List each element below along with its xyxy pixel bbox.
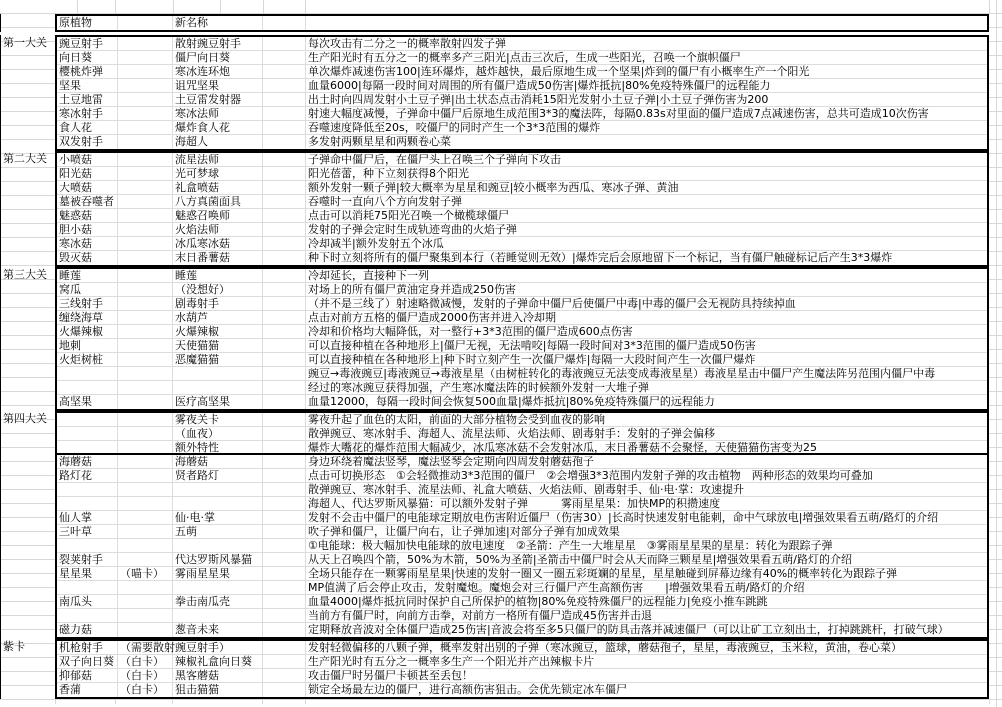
cell-new-name[interactable] [173,641,263,654]
cell-new-name[interactable]: 礼盒喷菇 [173,181,263,194]
cell-original-plant[interactable]: 仙人掌 [57,511,118,524]
cell-original-plant[interactable] [57,427,118,440]
cell-description[interactable]: 可以直接种植在各种地形上|僵尸无视，无法啃咬|每隔一段时间对3*3范围的僵尸造成… [306,339,987,352]
cell-new-name[interactable]: 拳击南瓜壳 [173,595,263,608]
cell-note[interactable] [118,455,173,468]
cell-description[interactable]: 攻击僵尸时另僵尸卡顿甚至丢包！ [306,669,987,682]
cell-description[interactable]: 吞噬时一直向八个方向发射子弹 [306,195,987,208]
cell-new-name[interactable] [173,367,263,380]
cell-new-name[interactable]: 雾雨星星果 [173,567,263,580]
cell-new-name[interactable]: 水葫芦 [173,311,263,324]
table-row: 散弹豌豆、寒冰射手、流星法师、礼盒大喷菇、火焰法师、剧毒射手、仙·电·掌：攻速提… [57,483,987,497]
table-row: 裂荚射手代达罗斯风暴猫从天上召唤四个箭，50%为木箭，50%为圣箭|圣箭击中僵尸… [57,553,987,567]
cell-description[interactable]: 锁定全场最左边的僵尸，进行高额伤害狙击。会优先锁定冰车僵尸 [306,683,987,697]
cell-spacer[interactable] [263,153,306,166]
cell-original-plant[interactable]: 缠绕海草 [57,311,118,324]
cell-new-name[interactable]: （没想好） [173,283,263,296]
cell-new-name[interactable]: 火爆辣椒 [173,325,263,338]
cell-new-name[interactable]: 火焰法师 [173,223,263,236]
cell-original-plant[interactable]: 星星果 [57,567,118,580]
cell-note[interactable] [118,37,173,50]
cell-original-plant[interactable]: 小喷菇 [57,153,118,166]
cell-new-name[interactable]: 冰瓜寒冰菇 [173,237,263,250]
cell-note[interactable] [118,153,173,166]
cell-spacer[interactable] [263,251,306,265]
cell-spacer[interactable] [263,65,306,78]
cell-description[interactable]: 经过的寒冰豌豆获得加强，产生寒冰魔法阵的时候额外发射一大堆子弹 [306,381,987,394]
cell-original-plant[interactable]: 磁力菇 [57,623,118,637]
cell-description[interactable]: 多发射两颗星星和两颗卷心菜 [306,135,987,149]
cell-note[interactable] [118,93,173,106]
table-row: 地刺天使猫猫可以直接种植在各种地形上|僵尸无视，无法啃咬|每隔一段时间对3*3范… [57,339,987,353]
cell-original-plant[interactable]: 魅惑菇 [57,209,118,222]
cell-new-name[interactable]: 土豆雷发射器 [173,93,263,106]
table-row: 香蒲（白卡）狙击猫猫锁定全场最左边的僵尸，进行高额伤害狙击。会优先锁定冰车僵尸 [57,683,987,697]
cell-note[interactable] [118,283,173,296]
cell-description[interactable]: 对场上的所有僵尸黄油定身并造成250伤害 [306,283,987,296]
gridline [115,0,116,14]
cell-original-plant[interactable]: 海蘑菇 [57,455,118,468]
cell-note[interactable]: （白卡） [118,669,173,682]
gridline [996,0,997,707]
table-row: 火爆辣椒火爆辣椒冷却和价格均大幅降低，对一整行+3*3范围的僵尸造成600点伤害 [57,325,987,339]
cell-new-name[interactable]: 八方真菌面具 [173,195,263,208]
table-row: MP值满了后会停止攻击，发射魔炮。魔炮会对三行僵尸产生高额伤害 |增强效果看五萌… [57,581,987,595]
cell-spacer[interactable] [263,339,306,352]
cell-description[interactable]: 出土时向四周发射小土豆子弹|出土状态点击消耗15阳光发射小土豆子弹|小土豆子弹伤… [306,93,987,106]
gridline [220,0,221,14]
cell-note[interactable] [118,441,173,453]
table-row: 额外特性爆炸大嘴花的爆炸范围大幅减少，冰瓜寒冰菇不会发射冰瓜，末日番薯菇不会聚怪… [57,441,987,455]
cell-spacer[interactable] [263,539,306,552]
cell-note[interactable]: （白卡） [118,655,173,668]
cell-original-plant[interactable]: 阳光菇 [57,167,118,180]
cell-new-name[interactable]: 贤者路灯 [173,469,263,482]
cell-new-name[interactable]: 末日番薯菇 [173,251,263,265]
cell-description[interactable]: 从天上召唤四个箭，50%为木箭，50%为圣箭|圣箭击中僵尸时会从天而降三颗星星|… [306,553,987,566]
cell-new-name[interactable]: 狙击猫猫 [173,683,263,697]
cell-note[interactable] [118,483,173,496]
table-row: 窝瓜（没想好）对场上的所有僵尸黄油定身并造成250伤害 [57,283,987,297]
gridline [989,0,990,14]
cell-description[interactable]: ①电能球：极大幅加快电能球的放电速度 ②圣箭：产生一大堆星星 ③雾雨星星果的星星… [306,539,987,552]
cell-description[interactable]: 雾夜升起了血色的太阳，前面的大部分植物会受到血夜的影响 [306,413,987,426]
cell-spacer[interactable] [263,623,306,637]
table-row: 三线射手剧毒射手（并不是三线了）射速略微减慢，发射的子弹命中僵尸后使僵尸中毒|中… [57,297,987,311]
table-row: 海超人、代达罗斯风暴猫：可以额外发射子弹 雾雨星星果：加快MP的积攒速度 [57,497,987,511]
cell-note[interactable] [118,581,173,594]
cell-description[interactable]: 血量4000|爆炸抵抗同时保护自己所保护的植物|80%免疫特殊僵尸的远程能力|免… [306,595,987,608]
cell-new-name[interactable]: 寒冰连环炮 [173,65,263,78]
cell-original-plant[interactable] [57,413,118,426]
cell-description[interactable]: 射速大幅度减慢，子弹命中僵尸后原地生成范围3*3的魔法阵，每隔0.83s对里面的… [306,107,987,120]
table-row: 三叶草五萌吹子弹和僵尸，让僵尸向右，让子弹加速|对部分子弹有加成效果 [57,525,987,539]
cell-spacer[interactable] [263,107,306,120]
gridline [173,0,174,14]
cell-original-plant[interactable]: 高坚果 [57,395,118,409]
cell-original-plant[interactable]: 土豆地雷 [57,93,118,106]
cell-original-plant[interactable] [57,539,118,552]
cell-original-plant[interactable]: 地刺 [57,339,118,352]
cell-note[interactable] [118,297,173,310]
cell-note[interactable] [118,469,173,482]
cell-original-plant[interactable] [57,581,118,594]
cell-spacer[interactable] [263,497,306,510]
cell-spacer[interactable] [263,37,306,50]
cell-new-name[interactable]: 散射豌豆射手 [173,37,263,50]
cell-spacer[interactable] [263,483,306,496]
cell-note[interactable] [118,623,173,637]
table-row: 雾夜关卡雾夜升起了血色的太阳，前面的大部分植物会受到血夜的影响 [57,413,987,427]
table-row: 向日葵僵尸向日葵生产阳光时有五分之一的概率多产三阳光|点击三次后，生成一些阳光，… [57,51,987,65]
section-5: 紫卡机枪射手（需要散射豌豆射手）发射轻微偏移的八颗子弹，概率发射出别的子弹（寒冰… [0,639,1002,699]
cell-new-name[interactable]: 寒冰法师 [173,107,263,120]
cell-original-plant[interactable]: 豌豆射手 [57,37,118,50]
cell-note[interactable]: （需要散射豌豆射手） [118,641,173,654]
cell-spacer[interactable] [263,455,306,468]
cell-spacer[interactable] [263,669,306,682]
cell-spacer[interactable] [263,283,306,296]
cell-description[interactable]: 阳光蓓蕾，种下立刻获得8个阳光 [306,167,987,180]
section-rail: 紫卡 [0,639,55,699]
cell-new-name[interactable]: （血夜） [173,427,263,440]
cell-new-name[interactable]: 流星法师 [173,153,263,166]
section-rail: 第二大关 [0,151,55,267]
table-row: 坚果诅咒坚果血量6000|每隔一段时间对周围的所有僵尸造成50伤害|爆炸抵抗|8… [57,79,987,93]
table-row: （血夜）散弹豌豆、寒冰射手、海超人、流星法师、火焰法师、剧毒射手：发射的子弹会偏… [57,427,987,441]
cell-new-name[interactable]: 海蘑菇 [173,455,263,468]
cell-new-name[interactable] [173,497,263,510]
cell-spacer[interactable] [263,297,306,310]
cell-note[interactable] [118,325,173,338]
cell-original-plant[interactable] [57,441,118,453]
table-row: 机枪射手（需要散射豌豆射手）发射轻微偏移的八颗子弹，概率发射出别的子弹（寒冰豌豆… [57,641,987,655]
table-row: 墓被吞噬者八方真菌面具吞噬时一直向八个方向发射子弹 [57,195,987,209]
cell-description[interactable]: MP值满了后会停止攻击，发射魔炮。魔炮会对三行僵尸产生高额伤害 |增强效果看五萌… [306,581,987,594]
cell-new-name[interactable]: 五萌 [173,525,263,538]
cell-description[interactable]: 冷却减半|额外发射五个冰瓜 [306,237,987,250]
top-empty-row [0,0,1002,14]
cell-spacer[interactable] [263,325,306,338]
cell-note[interactable] [118,595,173,608]
table-row: 星星果（喵卡）雾雨星星果全场只能存在一颗雾雨星星果|快速的发射一圈又一圈五彩斑斓… [57,567,987,581]
cell-new-name[interactable] [173,539,263,552]
cell-note[interactable] [118,525,173,538]
cell-description[interactable]: 每次攻击有二分之一的概率散射四发子弹 [306,37,987,50]
gridline [305,699,306,704]
cell-description[interactable]: 海超人、代达罗斯风暴猫：可以额外发射子弹 雾雨星星果：加快MP的积攒速度 [306,497,987,510]
cell-new-name[interactable] [173,483,263,496]
cell-description[interactable]: 发射轻微偏移的八颗子弹，概率发射出别的子弹（寒冰豌豆，篮球，蘑菇孢子，星星，毒液… [306,641,987,654]
cell-spacer[interactable] [263,353,306,366]
cell-new-name[interactable]: 辣椒礼盒向日葵 [173,655,263,668]
cell-note[interactable] [118,251,173,265]
cell-description[interactable]: 额外发射一颗子弹|较大概率为星星和豌豆|较小概率为西瓜、寒冰子弹、黄油 [306,181,987,194]
cell-original-plant[interactable]: 南瓜头 [57,595,118,608]
cell-new-name[interactable]: 剧毒射手 [173,297,263,310]
table-row: 魅惑菇魅惑召唤师点击可以消耗75阳光召唤一个橄榄球僵尸 [57,209,987,223]
cell-description[interactable]: 定期释放音波对全体僵尸造成25伤害|音波会将至多5只僵尸的防具击落并减速僵尸（可… [306,623,987,637]
table-row: 路灯花贤者路灯点击可切换形态 ①会轻微推动3*3范围的僵尸 ②会增强3*3范围内… [57,469,987,483]
cell-new-name[interactable]: 葱音未来 [173,623,263,637]
cell-spacer[interactable] [263,553,306,566]
cell-note[interactable] [118,51,173,64]
section-label: 第二大关 [1,151,55,165]
cell-spacer[interactable] [263,427,306,440]
cell-note[interactable]: （白卡） [118,683,173,697]
cell-spacer[interactable] [263,511,306,524]
cell-description[interactable]: 血量6000|每隔一段时间对周围的所有僵尸造成50伤害|爆炸抵抗|80%免疫特殊… [306,79,987,92]
cell-original-plant[interactable]: 胆小菇 [57,223,118,236]
cell-note[interactable] [118,553,173,566]
cell-note[interactable] [118,353,173,366]
cell-description[interactable]: 子弹命中僵尸后，在僵尸头上召唤三个子弹向下攻击 [306,153,987,166]
cell-description[interactable]: 豌豆→毒液豌豆|毒液豌豆→毒液星星（由树桩转化的毒液豌豆无法变成毒液星星）毒液星… [306,367,987,380]
cell-description[interactable]: 生产阳光时有五分之一的概率多产三阳光|点击三次后，生成一些阳光，召唤一个旗帜僵尸 [306,51,987,64]
header-rail [0,14,55,32]
spreadsheet: 原植物 新名称 第一大关豌豆射手散射豌豆射手每次攻击有二分之一的概率散射四发子弹… [0,0,1002,707]
cell-note[interactable] [118,511,173,524]
cell-original-plant[interactable]: 裂荚射手 [57,553,118,566]
cell-note[interactable] [118,609,173,622]
cell-original-plant[interactable] [57,381,118,394]
table-row: 樱桃炸弹寒冰连环炮单次爆炸减速伤害100|连环爆炸，越炸越快，最后原地生成一个坚… [57,65,987,79]
section-label: 第一大关 [1,35,55,49]
cell-spacer[interactable] [263,595,306,608]
column-header-empty[interactable] [263,16,306,30]
cell-spacer[interactable] [263,395,306,409]
cell-description[interactable]: 爆炸大嘴花的爆炸范围大幅减少，冰瓜寒冰菇不会发射冰瓜，末日番薯菇不会聚怪，天使猫… [306,441,987,453]
cell-description[interactable]: 可以直接种植在各种地形上|种下时立刻产生一次僵尸爆炸|每隔一大段时间产生一次僵尸… [306,353,987,366]
cell-description[interactable]: 发射不会击中僵尸的电能球定期放电伤害附近僵尸（伤害30）|长高时快速发射电能刺，… [306,511,987,524]
cell-description[interactable]: 身边环绕着魔法竖琴，魔法竖琴会定期向四周发射蘑菇孢子 [306,455,987,468]
cell-spacer[interactable] [263,51,306,64]
section-box: 小喷菇流星法师子弹命中僵尸后，在僵尸头上召唤三个子弹向下攻击阳光菇光可梦球阳光蓓… [55,151,989,267]
gridline [77,0,78,14]
cell-new-name[interactable] [173,609,263,622]
cell-note[interactable] [118,223,173,236]
section-label: 紫卡 [1,639,55,653]
cell-spacer[interactable] [263,181,306,194]
cell-description[interactable]: 吹子弹和僵尸，让僵尸向右，让子弹加速|对部分子弹有加成效果 [306,525,987,538]
cell-note[interactable]: （喵卡） [118,567,173,580]
column-header-original-plant[interactable]: 原植物 [57,16,118,30]
cell-spacer[interactable] [263,311,306,324]
gridline [263,0,264,14]
cell-new-name[interactable]: 代达罗斯风暴猫 [173,553,263,566]
cell-new-name[interactable]: 海超人 [173,135,263,149]
table-row: 缠绕海草水葫芦点击对前方五格的僵尸造成2000伤害并进入冷却期 [57,311,987,325]
cell-description[interactable]: 点击可切换形态 ①会轻微推动3*3范围的僵尸 ②会增强3*3范围内发射子弹的攻击… [306,469,987,482]
cell-original-plant[interactable]: 抑郁菇 [57,669,118,682]
cell-spacer[interactable] [263,655,306,668]
cell-original-plant[interactable] [57,483,118,496]
cell-original-plant[interactable]: 窝瓜 [57,283,118,296]
cell-original-plant[interactable]: 坚果 [57,79,118,92]
cell-new-name[interactable] [173,581,263,594]
table-row: 火炬树桩恶魔猫猫可以直接种植在各种地形上|种下时立刻产生一次僵尸爆炸|每隔一大段… [57,353,987,367]
cell-spacer[interactable] [263,237,306,250]
cell-note[interactable] [118,413,173,426]
table-row: 小喷菇流星法师子弹命中僵尸后，在僵尸头上召唤三个子弹向下攻击 [57,153,987,167]
cell-description[interactable]: 散弹豌豆、寒冰射手、流星法师、礼盒大喷菇、火焰法师、剧毒射手、仙·电·掌：攻速提… [306,483,987,496]
cell-original-plant[interactable]: 双发射手 [57,135,118,149]
cell-original-plant[interactable]: 香蒲 [57,683,118,697]
cell-spacer[interactable] [263,167,306,180]
cell-note[interactable] [118,237,173,250]
cell-note[interactable] [118,195,173,208]
bottom-empty-row [0,699,1002,704]
cell-note[interactable] [118,269,173,282]
cell-original-plant[interactable]: 大喷菇 [57,181,118,194]
cell-new-name[interactable]: 黑客蘑菇 [173,669,263,682]
cell-original-plant[interactable]: 火炬树桩 [57,353,118,366]
cell-note[interactable] [118,167,173,180]
cell-note[interactable] [118,427,173,440]
cell-note[interactable] [118,381,173,394]
cell-new-name[interactable] [173,381,263,394]
cell-description[interactable]: 全场只能存在一颗雾雨星星果|快速的发射一圈又一圈五彩斑斓的星星，星星触碰到屏幕边… [306,567,987,580]
table-row: 磁力菇葱音未来定期释放音波对全体僵尸造成25伤害|音波会将至多5只僵尸的防具击落… [57,623,987,637]
cell-original-plant[interactable]: 火爆辣椒 [57,325,118,338]
cell-note[interactable] [118,367,173,380]
cell-spacer[interactable] [263,367,306,380]
gridline [115,699,116,704]
gridline [55,699,56,704]
column-header-empty[interactable] [306,16,987,30]
table-row: 土豆地雷土豆雷发射器出土时向四周发射小土豆子弹|出土状态点击消耗15阳光发射小土… [57,93,987,107]
column-header-new-name[interactable]: 新名称 [173,16,263,30]
cell-new-name[interactable]: 医疗高坚果 [173,395,263,409]
cell-description[interactable]: 血量12000，每隔一段时间会恢复500血量|爆炸抵抗|80%免疫特殊僵尸的远程… [306,395,987,409]
cell-note[interactable] [118,209,173,222]
table-row: 寒冰射手寒冰法师射速大幅度减慢，子弹命中僵尸后原地生成范围3*3的魔法阵，每隔0… [57,107,987,121]
cell-original-plant[interactable]: 食人花 [57,121,118,134]
cell-original-plant[interactable]: 双子向日葵 [57,655,118,668]
cell-description[interactable]: 当前方有僵尸时，向前方击拳，对前方一格所有僵尸造成45伤害并击退 [306,609,987,622]
cell-original-plant[interactable]: 路灯花 [57,469,118,482]
cell-original-plant[interactable]: 三叶草 [57,525,118,538]
cell-spacer[interactable] [263,93,306,106]
cell-original-plant[interactable]: 三线射手 [57,297,118,310]
cell-note[interactable] [118,121,173,134]
cell-new-name[interactable]: 天使猫猫 [173,339,263,352]
cell-new-name[interactable]: 恶魔猫猫 [173,353,263,366]
cell-description[interactable]: 发射的子弹会定时生成轨迹弯曲的火焰子弹 [306,223,987,236]
cell-description[interactable]: 冷却和价格均大幅降低，对一整行+3*3范围的僵尸造成600点伤害 [306,325,987,338]
cell-note[interactable] [118,395,173,409]
gridline [172,699,173,704]
table-row: 阳光菇光可梦球阳光蓓蕾，种下立刻获得8个阳光 [57,167,987,181]
cell-note[interactable] [118,339,173,352]
cell-new-name[interactable]: 睡莲 [173,269,263,282]
cell-spacer[interactable] [263,609,306,622]
cell-original-plant[interactable]: 墓被吞噬者 [57,195,118,208]
cell-description[interactable]: 吞噬速度降低至20s，咬僵尸的同时产生一个3*3范围的爆炸 [306,121,987,134]
cell-original-plant[interactable]: 寒冰菇 [57,237,118,250]
cell-new-name[interactable]: 爆炸食人花 [173,121,263,134]
cell-spacer[interactable] [263,641,306,654]
header-box: 原植物 新名称 [55,14,989,32]
cell-spacer[interactable] [263,525,306,538]
cell-description[interactable]: 生产阳光时有五分之一概率多生产一个阳光并产出辣椒卡片 [306,655,987,668]
table-sections: 第一大关豌豆射手散射豌豆射手每次攻击有二分之一的概率散射四发子弹向日葵僵尸向日葵… [0,35,1002,699]
cell-note[interactable] [118,135,173,149]
cell-spacer[interactable] [263,581,306,594]
cell-original-plant[interactable]: 樱桃炸弹 [57,65,118,78]
cell-new-name[interactable]: 魅惑召唤师 [173,209,263,222]
cell-spacer[interactable] [263,441,306,453]
cell-original-plant[interactable]: 睡莲 [57,269,118,282]
table-row: 毁灭菇末日番薯菇种下时立刻将所有的僵尸聚集到本行（若睡觉则无效）|爆炸完后会原地… [57,251,987,265]
cell-spacer[interactable] [263,269,306,282]
cell-new-name[interactable]: 光可梦球 [173,167,263,180]
cell-original-plant[interactable]: 毁灭菇 [57,251,118,265]
cell-note[interactable] [118,311,173,324]
cell-spacer[interactable] [263,79,306,92]
table-row: 当前方有僵尸时，向前方击拳，对前方一格所有僵尸造成45伤害并击退 [57,609,987,623]
cell-original-plant[interactable] [57,609,118,622]
cell-original-plant[interactable]: 机枪射手 [57,641,118,654]
cell-description[interactable]: 点击可以消耗75阳光召唤一个橄榄球僵尸 [306,209,987,222]
cell-new-name[interactable]: 额外特性 [173,441,263,453]
section-2: 第二大关小喷菇流星法师子弹命中僵尸后，在僵尸头上召唤三个子弹向下攻击阳光菇光可梦… [0,151,1002,267]
cell-original-plant[interactable] [57,497,118,510]
cell-spacer[interactable] [263,413,306,426]
header-row: 原植物 新名称 [0,14,1002,32]
section-rail: 第四大关 [0,411,55,639]
cell-spacer[interactable] [263,683,306,697]
table-row: 抑郁菇（白卡）黑客蘑菇攻击僵尸时另僵尸卡顿甚至丢包！ [57,669,987,683]
cell-description[interactable]: 点击对前方五格的僵尸造成2000伤害并进入冷却期 [306,311,987,324]
cell-new-name[interactable]: 僵尸向日葵 [173,51,263,64]
table-row: 食人花爆炸食人花吞噬速度降低至20s，咬僵尸的同时产生一个3*3范围的爆炸 [57,121,987,135]
cell-spacer[interactable] [263,469,306,482]
cell-new-name[interactable]: 雾夜关卡 [173,413,263,426]
cell-note[interactable] [118,497,173,510]
cell-description[interactable]: 种下时立刻将所有的僵尸聚集到本行（若睡觉则无效）|爆炸完后会原地留下一个标记，当… [306,251,987,265]
section-rail: 第三大关 [0,267,55,411]
section-rail: 第一大关 [0,35,55,151]
table-row: 寒冰菇冰瓜寒冰菇冷却减半|额外发射五个冰瓜 [57,237,987,251]
cell-note[interactable] [118,107,173,120]
table-row: 仙人掌仙·电·掌发射不会击中僵尸的电能球定期放电伤害附近僵尸（伤害30）|长高时… [57,511,987,525]
cell-spacer[interactable] [263,195,306,208]
cell-note[interactable] [118,79,173,92]
column-header-empty[interactable] [118,16,173,30]
cell-spacer[interactable] [263,567,306,580]
cell-spacer[interactable] [263,381,306,394]
cell-original-plant[interactable] [57,367,118,380]
cell-original-plant[interactable]: 向日葵 [57,51,118,64]
cell-note[interactable] [118,539,173,552]
cell-note[interactable] [118,65,173,78]
cell-new-name[interactable]: 诅咒坚果 [173,79,263,92]
gridline [262,699,263,704]
cell-spacer[interactable] [263,135,306,149]
cell-description[interactable]: 冷却延长，直接种下一列 [306,269,987,282]
cell-note[interactable] [118,181,173,194]
cell-description[interactable]: 散弹豌豆、寒冰射手、海超人、流星法师、火焰法师、剧毒射手：发射的子弹会偏移 [306,427,987,440]
cell-spacer[interactable] [263,121,306,134]
cell-spacer[interactable] [263,223,306,236]
table-row: 海蘑菇海蘑菇身边环绕着魔法竖琴，魔法竖琴会定期向四周发射蘑菇孢子 [57,455,987,469]
cell-spacer[interactable] [263,209,306,222]
cell-description[interactable]: （并不是三线了）射速略微减慢，发射的子弹命中僵尸后使僵尸中毒|中毒的僵尸会无视防… [306,297,987,310]
cell-new-name[interactable]: 仙·电·掌 [173,511,263,524]
cell-description[interactable]: 单次爆炸减速伤害100|连环爆炸，越炸越快，最后原地生成一个坚果|炸到的僵尸有小… [306,65,987,78]
cell-original-plant[interactable]: 寒冰射手 [57,107,118,120]
